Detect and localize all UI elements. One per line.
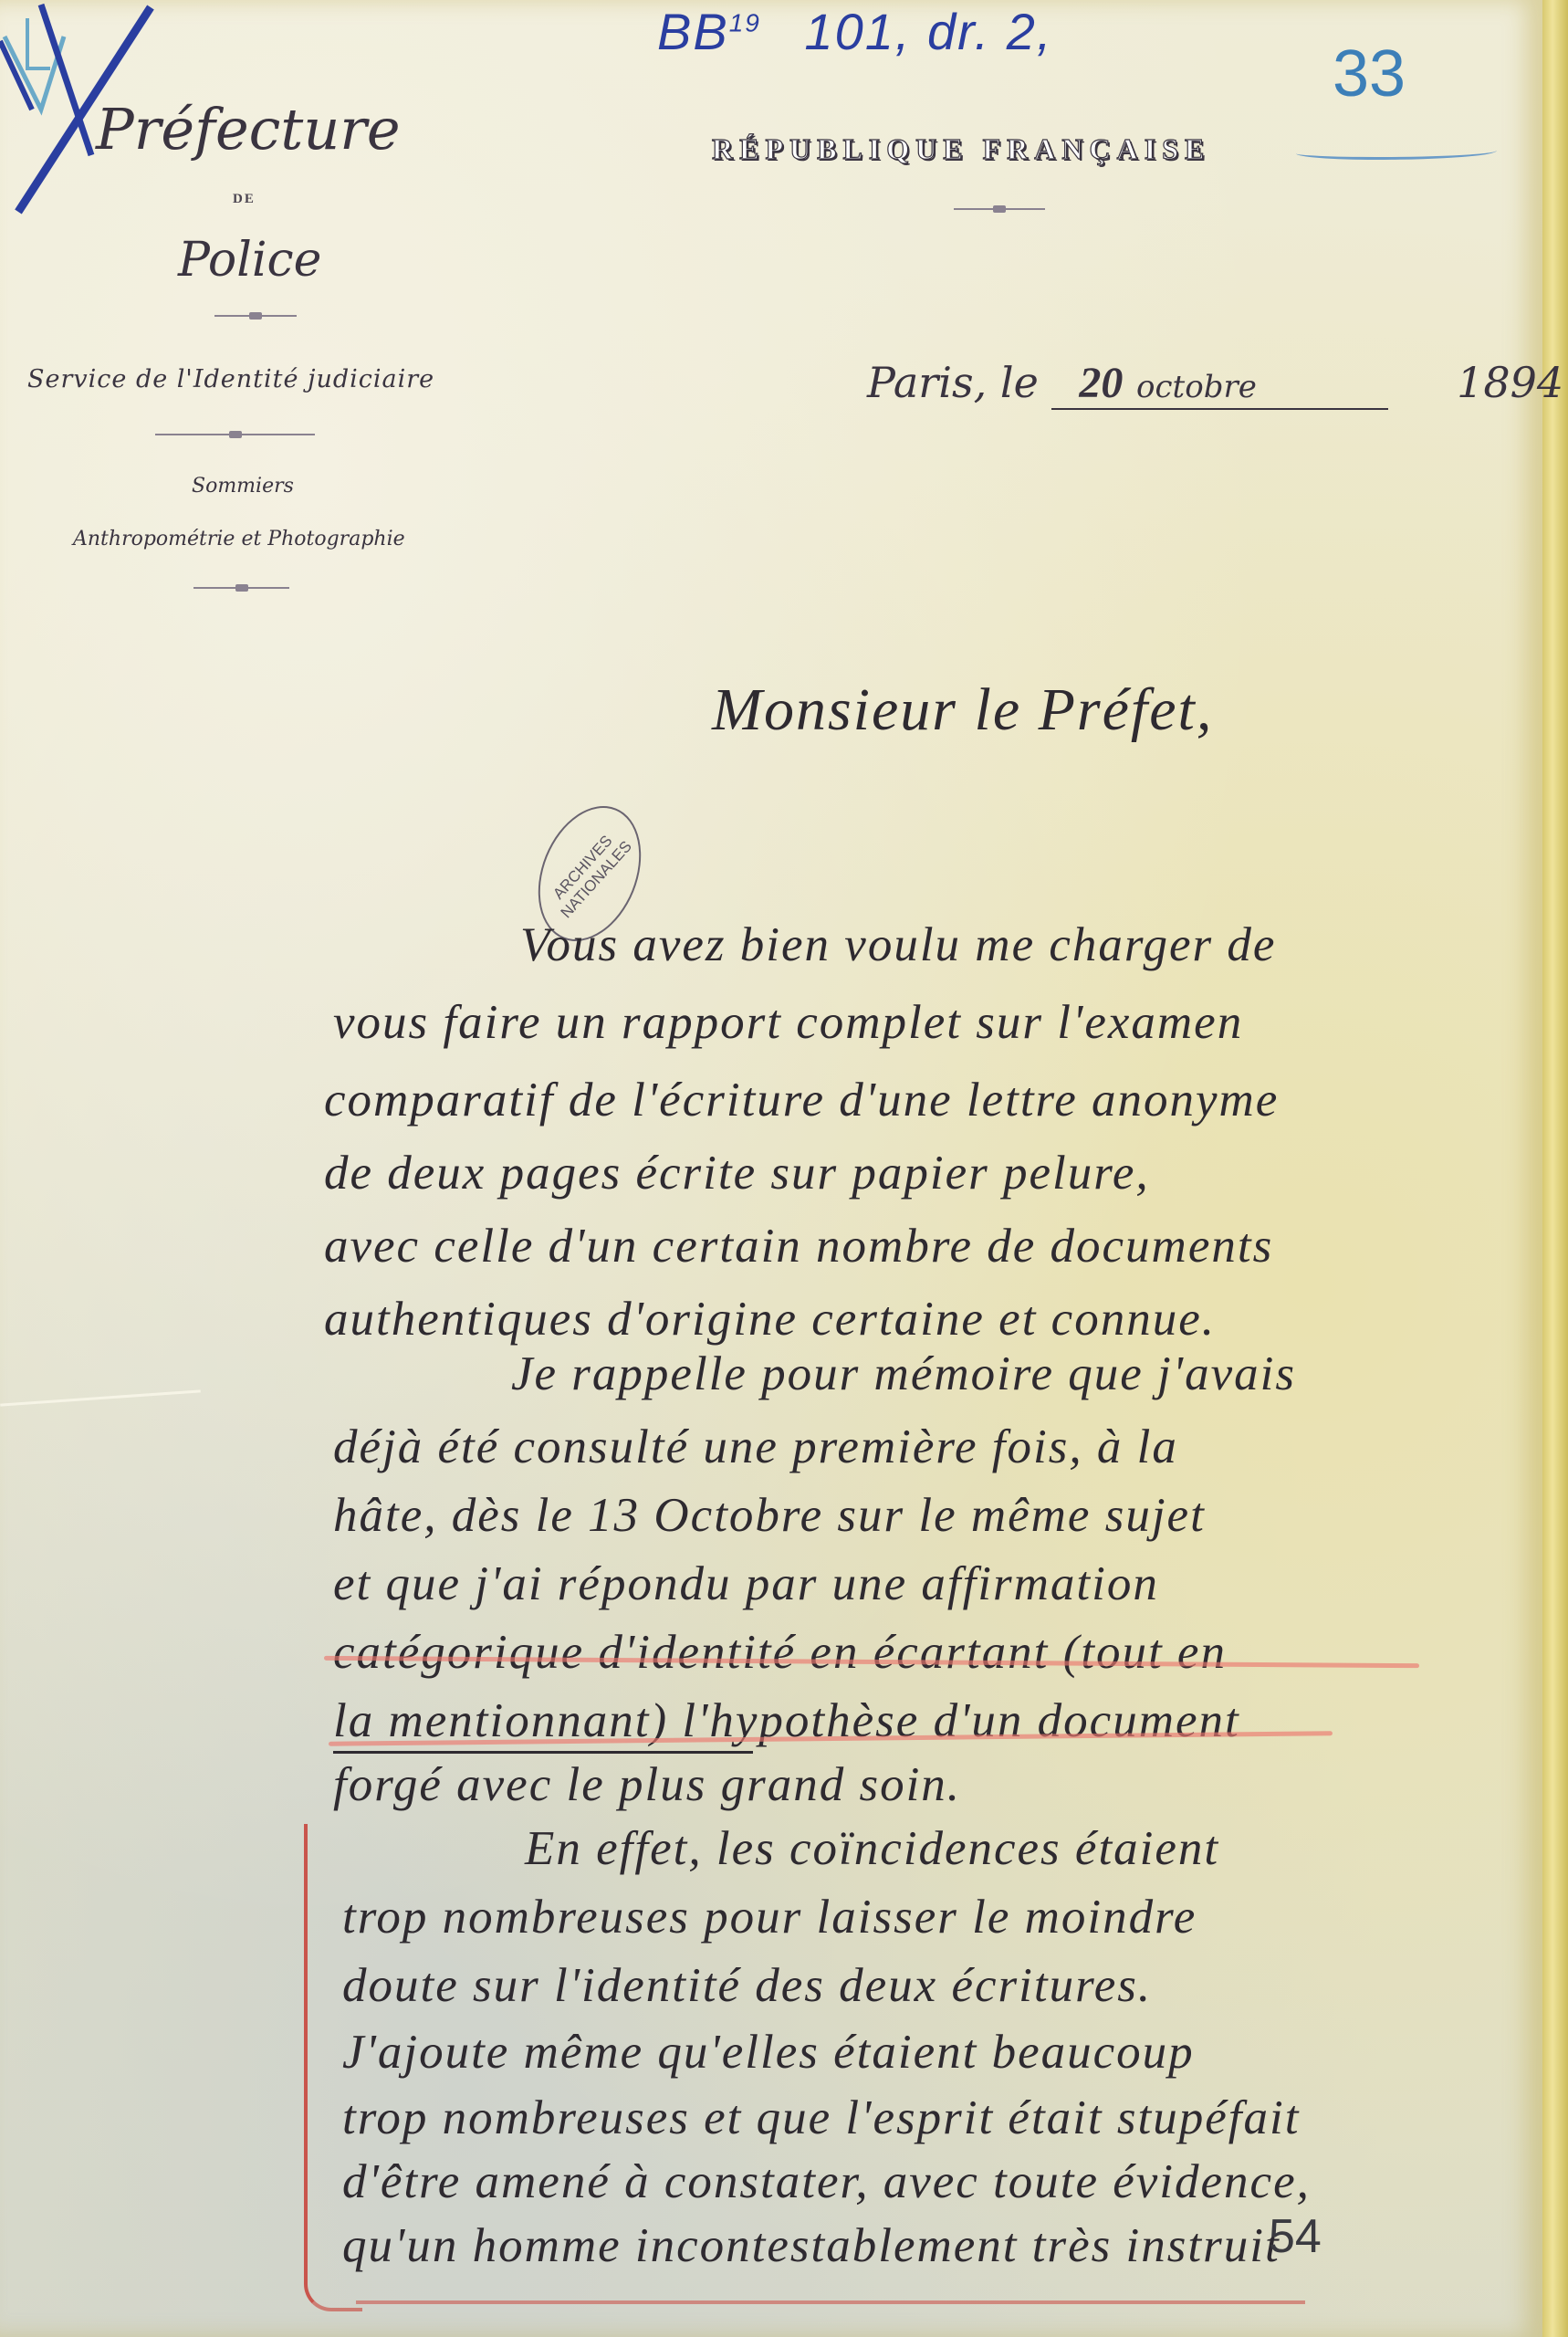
cote-prefix: BB xyxy=(657,3,729,60)
date-day: 20 xyxy=(1079,359,1123,407)
ornament-divider-1 xyxy=(214,315,297,317)
body-line: doute sur l'identité des deux écritures. xyxy=(342,1958,1152,2013)
letterhead-prefecture: Préfecture xyxy=(96,96,401,162)
body-line: avec celle d'un certain nombre de docume… xyxy=(324,1219,1273,1273)
body-line: authentiques d'origine certaine et connu… xyxy=(324,1292,1216,1347)
letterhead-anthropometrie: Anthropométrie et Photographie xyxy=(73,528,405,550)
body-line: J'ajoute même qu'elles étaient beaucoup xyxy=(342,2025,1195,2080)
body-line: trop nombreuses pour laisser le moindre xyxy=(342,1890,1197,1944)
body-line: Je rappelle pour mémoire que j'avais xyxy=(511,1347,1296,1401)
letterhead-de: DE xyxy=(233,192,256,207)
body-line: forgé avec le plus grand soin. xyxy=(333,1757,961,1812)
body-line: hâte, dès le 13 Octobre sur le même suje… xyxy=(333,1488,1206,1543)
page-edge-binding xyxy=(1542,0,1568,2337)
folio-number: 33 xyxy=(1333,37,1406,111)
archival-cote: BB19 101, dr. 2, xyxy=(657,2,1053,61)
body-line: et que j'ai répondu par une affirmation xyxy=(333,1556,1159,1611)
body-line: déjà été consulté une première fois, à l… xyxy=(333,1420,1178,1474)
pencil-page-number: 54 xyxy=(1269,2209,1322,2264)
body-line: de deux pages écrite sur papier pelure, xyxy=(324,1146,1150,1200)
ornament-divider-2 xyxy=(155,434,315,435)
body-line: catégorique d'identité en écartant (tout… xyxy=(333,1625,1227,1680)
body-line: vous faire un rapport complet sur l'exam… xyxy=(333,995,1243,1050)
date-place: Paris, le xyxy=(867,358,1039,407)
date-month: octobre xyxy=(1136,369,1257,405)
ornament-divider-3 xyxy=(193,587,289,589)
cote-superscript: 19 xyxy=(729,8,761,37)
ornament-divider-4 xyxy=(954,208,1045,210)
cote-rest: 101, dr. 2, xyxy=(804,3,1052,60)
ink-underline-mentionnant xyxy=(333,1751,753,1754)
red-pencil-bottom-line xyxy=(356,2300,1305,2304)
letterhead-republique: RÉPUBLIQUE FRANÇAISE xyxy=(712,132,1210,166)
letterhead-police: Police xyxy=(178,233,321,288)
letterhead-sommiers: Sommiers xyxy=(192,475,294,498)
body-line: d'être amené à constater, avec toute évi… xyxy=(342,2154,1311,2209)
body-line: comparatif de l'écriture d'une lettre an… xyxy=(324,1073,1279,1127)
body-line: trop nombreuses et que l'esprit était st… xyxy=(342,2091,1300,2145)
salutation: Monsieur le Préfet, xyxy=(712,676,1213,745)
red-pencil-margin-bracket xyxy=(304,1824,362,2311)
letterhead-service: Service de l'Identité judiciaire xyxy=(27,365,434,393)
body-line: Vous avez bien voulu me charger de xyxy=(520,917,1276,972)
date-line: Paris, le 20 octobre 1894 xyxy=(867,358,1563,410)
date-year: 1894 xyxy=(1457,358,1563,407)
body-line: En effet, les coïncidences étaient xyxy=(525,1821,1219,1876)
body-line: qu'un homme incontestablement très instr… xyxy=(342,2218,1281,2273)
